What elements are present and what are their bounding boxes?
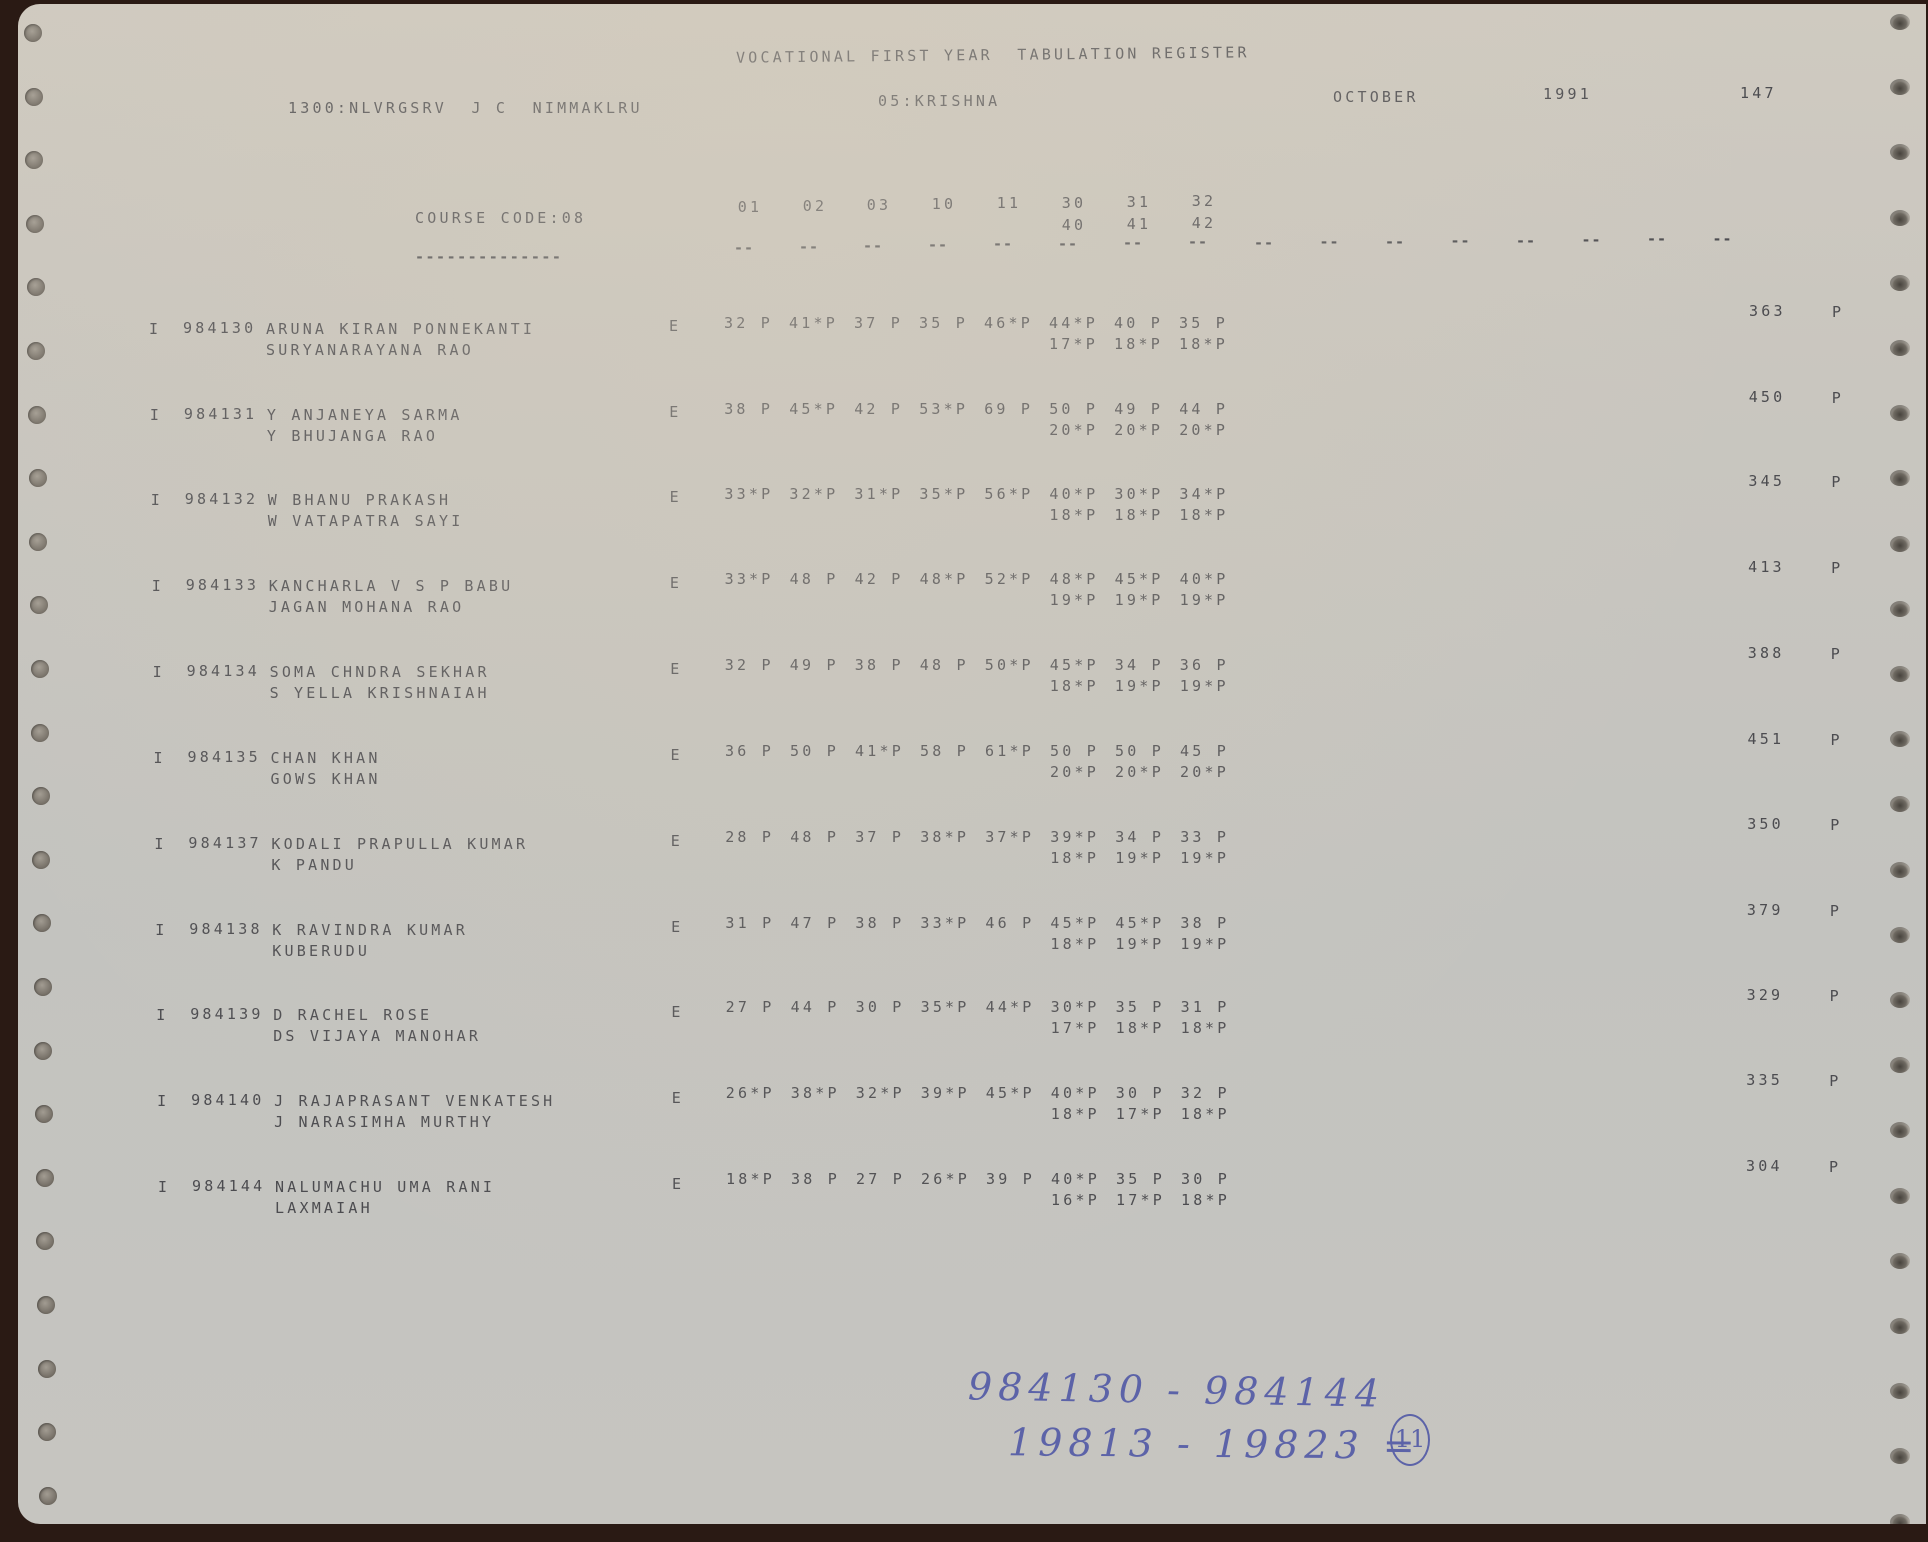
- subject-code-practical: 41: [1119, 215, 1159, 233]
- subject-mark: 46 P: [985, 914, 1034, 932]
- handwritten-hall-ticket-range: 984130 - 984144: [968, 1364, 1386, 1415]
- subject-mark: 30 P: [856, 998, 905, 1016]
- practical-mark: 18*P: [1181, 1105, 1230, 1123]
- practical-mark: 20*P: [1180, 763, 1229, 781]
- subject-mark: 41*P: [855, 742, 904, 760]
- feed-hole-right: [1890, 405, 1910, 421]
- father-name: K PANDU: [271, 856, 357, 874]
- medium: E: [670, 660, 682, 678]
- feed-hole-right: [1890, 1448, 1910, 1464]
- feed-hole-left: [39, 1487, 57, 1505]
- feed-hole-right: [1890, 144, 1910, 160]
- father-name: KUBERUDU: [272, 942, 370, 960]
- feed-hole-left: [32, 787, 50, 805]
- practical-mark: 20*P: [1115, 763, 1164, 781]
- feed-hole-right: [1890, 1514, 1910, 1524]
- practical-mark: 18*P: [1051, 1105, 1100, 1123]
- result-status: P: [1830, 987, 1842, 1005]
- medium: E: [671, 918, 683, 936]
- page-number: 147: [1740, 84, 1777, 102]
- feed-hole-left: [34, 978, 52, 996]
- subject-mark: 32*P: [789, 485, 838, 503]
- subject-mark: 47 P: [790, 914, 839, 932]
- feed-hole-left: [29, 533, 47, 551]
- result-status: P: [1831, 559, 1843, 577]
- practical-mark: 19*P: [1180, 591, 1229, 609]
- subject-mark: 30 P: [1116, 1084, 1165, 1102]
- subject-mark: 33*P: [725, 570, 774, 588]
- practical-mark: 18*P: [1116, 1019, 1165, 1037]
- practical-mark: 17*P: [1116, 1105, 1165, 1123]
- feed-hole-right: [1890, 796, 1910, 812]
- practical-mark: 20*P: [1114, 421, 1163, 439]
- printout-sheet: VOCATIONAL FIRST YEAR TABULATION REGISTE…: [18, 4, 1926, 1524]
- practical-mark: 20*P: [1050, 763, 1099, 781]
- hall-ticket-number: 984130: [183, 319, 256, 337]
- practical-mark: 19*P: [1180, 849, 1229, 867]
- exam-month: OCTOBER: [1333, 88, 1419, 106]
- exam-year: 1991: [1543, 85, 1592, 103]
- column-separator: --: [1188, 233, 1208, 251]
- subject-mark: 48 P: [920, 656, 969, 674]
- hall-ticket-number: 984131: [184, 405, 257, 423]
- column-separator-empty: --: [1582, 231, 1602, 249]
- practical-mark: 17*P: [1051, 1019, 1100, 1037]
- subject-mark: 69 P: [984, 400, 1033, 418]
- subject-mark: 37 P: [854, 314, 903, 332]
- feed-hole-left: [32, 851, 50, 869]
- feed-hole-left: [36, 1169, 54, 1187]
- subject-mark: 33 P: [1180, 828, 1229, 846]
- subject-mark: 27 P: [726, 998, 775, 1016]
- subject-mark: 35 P: [1179, 314, 1228, 332]
- row-marker: I: [152, 577, 164, 595]
- candidate-name: Y ANJANEYA SARMA: [267, 406, 463, 424]
- subject-mark: 58 P: [920, 742, 969, 760]
- practical-mark: 19*P: [1180, 677, 1229, 695]
- subject-mark: 37*P: [985, 828, 1034, 846]
- result-status: P: [1831, 645, 1843, 663]
- subject-mark: 34 P: [1115, 656, 1164, 674]
- column-separator-empty: --: [1516, 232, 1536, 250]
- subject-mark: 26*P: [921, 1170, 970, 1188]
- medium: E: [671, 832, 683, 850]
- subject-mark: 32 P: [1181, 1084, 1230, 1102]
- subject-mark: 44 P: [1179, 400, 1228, 418]
- column-separator: --: [928, 236, 948, 254]
- feed-hole-left: [26, 215, 44, 233]
- feed-hole-right: [1890, 927, 1910, 943]
- subject-mark: 30*P: [1051, 998, 1100, 1016]
- feed-hole-left: [35, 1105, 53, 1123]
- column-separator-empty: --: [1320, 233, 1340, 251]
- feed-hole-right: [1890, 536, 1910, 552]
- subject-mark: 48 P: [790, 570, 839, 588]
- subject-mark: 33*P: [920, 914, 969, 932]
- feed-hole-right: [1890, 666, 1910, 682]
- subject-mark: 35 P: [919, 314, 968, 332]
- column-separator: --: [863, 237, 883, 255]
- feed-hole-left: [27, 342, 45, 360]
- feed-hole-left: [34, 1042, 52, 1060]
- feed-hole-right: [1890, 601, 1910, 617]
- feed-hole-right: [1890, 470, 1910, 486]
- feed-hole-left: [31, 660, 49, 678]
- column-separator-empty: --: [1451, 232, 1471, 250]
- grand-total: 450: [1749, 388, 1786, 406]
- subject-mark: 52*P: [985, 570, 1034, 588]
- subject-mark: 31 P: [1181, 998, 1230, 1016]
- subject-mark: 35*P: [921, 998, 970, 1016]
- row-marker: I: [151, 491, 163, 509]
- subject-mark: 45*P: [1115, 570, 1164, 588]
- candidate-name: SOMA CHNDRA SEKHAR: [270, 663, 490, 681]
- row-marker: I: [150, 406, 162, 424]
- feed-hole-right: [1890, 340, 1910, 356]
- subject-mark: 36 P: [1180, 656, 1229, 674]
- grand-total: 350: [1747, 815, 1784, 833]
- feed-hole-left: [38, 1360, 56, 1378]
- subject-mark: 36 P: [725, 742, 774, 760]
- father-name: GOWS KHAN: [271, 770, 381, 788]
- subject-mark: 45*P: [1050, 914, 1099, 932]
- subject-mark: 38 P: [855, 914, 904, 932]
- row-marker: I: [156, 1006, 168, 1024]
- feed-hole-right: [1890, 862, 1910, 878]
- practical-mark: 20*P: [1179, 421, 1228, 439]
- practical-mark: 19*P: [1115, 849, 1164, 867]
- practical-mark: 19*P: [1180, 935, 1229, 953]
- practical-mark: 18*P: [1179, 506, 1228, 524]
- candidate-name: CHAN KHAN: [271, 749, 381, 767]
- feed-hole-right: [1890, 731, 1910, 747]
- subject-mark: 35 P: [1116, 998, 1165, 1016]
- grand-total: 413: [1748, 558, 1785, 576]
- practical-mark: 18*P: [1050, 935, 1099, 953]
- feed-hole-right: [1890, 1318, 1910, 1334]
- subject-mark: 33*P: [724, 485, 773, 503]
- subject-mark: 27 P: [856, 1170, 905, 1188]
- subject-mark: 40*P: [1051, 1084, 1100, 1102]
- subject-mark: 50 P: [790, 742, 839, 760]
- feed-hole-left: [27, 278, 45, 296]
- course-code-underline: --------------: [415, 248, 562, 266]
- father-name: S YELLA KRISHNAIAH: [270, 684, 490, 702]
- college-code-name: 1300:NLVRGSRV J C NIMMAKLRU: [288, 99, 643, 117]
- hall-ticket-number: 984144: [192, 1177, 265, 1195]
- course-code-label: COURSE CODE:08: [415, 209, 586, 227]
- subject-mark: 38 P: [1180, 914, 1229, 932]
- row-marker: I: [153, 663, 165, 681]
- candidate-name: K RAVINDRA KUMAR: [272, 921, 468, 939]
- feed-hole-left: [38, 1423, 56, 1441]
- row-marker: I: [149, 320, 161, 338]
- subject-mark: 35 P: [1116, 1170, 1165, 1188]
- feed-hole-right: [1890, 1188, 1910, 1204]
- column-separator-empty: --: [1713, 230, 1733, 248]
- result-status: P: [1829, 1072, 1841, 1090]
- subject-mark: 39 P: [986, 1170, 1035, 1188]
- subject-mark: 31*P: [854, 485, 903, 503]
- practical-mark: 17*P: [1116, 1191, 1165, 1209]
- subject-mark: 28 P: [725, 828, 774, 846]
- subject-code: 03: [859, 196, 899, 214]
- feed-hole-right: [1890, 79, 1910, 95]
- feed-hole-right: [1890, 14, 1910, 30]
- subject-mark: 50*P: [985, 656, 1034, 674]
- feed-hole-right: [1890, 1122, 1910, 1138]
- result-status: P: [1831, 473, 1843, 491]
- result-status: P: [1829, 1158, 1841, 1176]
- grand-total: 329: [1747, 986, 1784, 1004]
- feed-hole-left: [24, 24, 42, 42]
- subject-mark: 40*P: [1180, 570, 1229, 588]
- subject-mark: 45 P: [1180, 742, 1229, 760]
- grand-total: 345: [1748, 472, 1785, 490]
- subject-mark: 53*P: [919, 400, 968, 418]
- hall-ticket-number: 984140: [191, 1091, 264, 1109]
- medium: E: [669, 317, 681, 335]
- practical-mark: 18*P: [1181, 1019, 1230, 1037]
- practical-mark: 18*P: [1050, 677, 1099, 695]
- column-separator: --: [1123, 234, 1143, 252]
- column-separator: --: [1058, 235, 1078, 253]
- subject-mark: 38 P: [855, 656, 904, 674]
- subject-mark: 37 P: [855, 828, 904, 846]
- feed-hole-left: [31, 724, 49, 742]
- hall-ticket-number: 984134: [187, 662, 260, 680]
- practical-mark: 19*P: [1115, 935, 1164, 953]
- feed-hole-right: [1890, 1253, 1910, 1269]
- feed-hole-left: [28, 406, 46, 424]
- subject-mark: 31 P: [725, 914, 774, 932]
- register-title: VOCATIONAL FIRST YEAR TABULATION REGISTE…: [736, 43, 1250, 66]
- hall-ticket-number: 984132: [185, 490, 258, 508]
- handwritten-serial-range: 19813 - 19823 =: [1008, 1420, 1421, 1468]
- subject-mark: 40*P: [1049, 485, 1098, 503]
- grand-total: 451: [1748, 730, 1785, 748]
- father-name: J NARASIMHA MURTHY: [274, 1113, 494, 1131]
- practical-mark: 18*P: [1114, 335, 1163, 353]
- subject-mark: 48 P: [790, 828, 839, 846]
- subject-mark: 41*P: [789, 314, 838, 332]
- practical-mark: 18*P: [1114, 506, 1163, 524]
- row-marker: I: [154, 835, 166, 853]
- result-status: P: [1832, 389, 1844, 407]
- father-name: Y BHUJANGA RAO: [267, 427, 438, 445]
- feed-hole-left: [30, 596, 48, 614]
- candidate-name: ARUNA KIRAN PONNEKANTI: [266, 320, 535, 338]
- subject-mark: 45*P: [986, 1084, 1035, 1102]
- subject-mark: 46*P: [984, 314, 1033, 332]
- subject-mark: 48*P: [1050, 570, 1099, 588]
- feed-hole-left: [25, 88, 43, 106]
- subject-mark: 32 P: [725, 656, 774, 674]
- practical-mark: 18*P: [1049, 506, 1098, 524]
- subject-mark: 26*P: [726, 1084, 775, 1102]
- subject-mark: 50 P: [1115, 742, 1164, 760]
- grand-total: 304: [1746, 1157, 1783, 1175]
- grand-total: 379: [1747, 901, 1784, 919]
- district: 05:KRISHNA: [878, 92, 1000, 110]
- feed-hole-left: [29, 469, 47, 487]
- hall-ticket-number: 984139: [190, 1005, 263, 1023]
- candidate-name: D RACHEL ROSE: [273, 1006, 432, 1024]
- subject-mark: 42 P: [855, 570, 904, 588]
- subject-mark: 38*P: [920, 828, 969, 846]
- grand-total: 363: [1749, 302, 1786, 320]
- row-marker: I: [157, 1092, 169, 1110]
- subject-mark: 32*P: [856, 1084, 905, 1102]
- subject-code: 10: [924, 195, 964, 213]
- subject-mark: 34*P: [1179, 485, 1228, 503]
- practical-mark: 18*P: [1050, 849, 1099, 867]
- hall-ticket-number: 984133: [186, 576, 259, 594]
- subject-mark: 42 P: [854, 400, 903, 418]
- medium: E: [671, 1003, 683, 1021]
- subject-mark: 49 P: [1114, 400, 1163, 418]
- feed-hole-right: [1890, 992, 1910, 1008]
- subject-code: 11: [989, 194, 1029, 212]
- candidate-name: NALUMACHU UMA RANI: [275, 1178, 495, 1196]
- subject-code-practical: 40: [1054, 216, 1094, 234]
- subject-mark: 45*P: [1050, 656, 1099, 674]
- subject-mark: 44*P: [986, 998, 1035, 1016]
- column-separator: --: [734, 239, 754, 257]
- subject-mark: 61*P: [985, 742, 1034, 760]
- subject-mark: 45*P: [789, 400, 838, 418]
- feed-hole-right: [1890, 1383, 1910, 1399]
- candidate-name: KODALI PRAPULLA KUMAR: [271, 835, 528, 853]
- subject-code: 30: [1054, 194, 1094, 212]
- grand-total: 335: [1746, 1071, 1783, 1089]
- subject-mark: 38 P: [791, 1170, 840, 1188]
- result-status: P: [1830, 816, 1842, 834]
- candidate-name: J RAJAPRASANT VENKATESH: [274, 1092, 555, 1110]
- subject-mark: 49 P: [790, 656, 839, 674]
- result-status: P: [1830, 902, 1842, 920]
- subject-mark: 50 P: [1049, 400, 1098, 418]
- candidate-name: W BHANU PRAKASH: [268, 491, 451, 509]
- practical-mark: 18*P: [1181, 1191, 1230, 1209]
- subject-code-practical: 42: [1184, 214, 1224, 232]
- subject-mark: 44 P: [791, 998, 840, 1016]
- candidate-name: KANCHARLA V S P BABU: [269, 577, 514, 595]
- subject-mark: 39*P: [1050, 828, 1099, 846]
- subject-mark: 38 P: [724, 400, 773, 418]
- practical-mark: 19*P: [1115, 591, 1164, 609]
- result-status: P: [1832, 303, 1844, 321]
- subject-mark: 35*P: [919, 485, 968, 503]
- row-marker: I: [154, 749, 166, 767]
- subject-mark: 40*P: [1051, 1170, 1100, 1188]
- father-name: JAGAN MOHANA RAO: [269, 598, 465, 616]
- subject-mark: 32 P: [724, 314, 773, 332]
- row-marker: I: [155, 921, 167, 939]
- feed-hole-right: [1890, 275, 1910, 291]
- handwritten-circled-count: 11: [1390, 1414, 1430, 1466]
- practical-mark: 19*P: [1115, 677, 1164, 695]
- practical-mark: 18*P: [1179, 335, 1228, 353]
- father-name: W VATAPATRA SAYI: [268, 512, 464, 530]
- medium: E: [672, 1175, 684, 1193]
- feed-hole-left: [36, 1232, 54, 1250]
- subject-mark: 38*P: [791, 1084, 840, 1102]
- medium: E: [669, 403, 681, 421]
- feed-hole-right: [1890, 1057, 1910, 1073]
- hall-ticket-number: 984138: [189, 920, 262, 938]
- feed-hole-left: [37, 1296, 55, 1314]
- column-separator: --: [993, 235, 1013, 253]
- practical-mark: 20*P: [1049, 421, 1098, 439]
- subject-mark: 50 P: [1050, 742, 1099, 760]
- subject-mark: 30 P: [1181, 1170, 1230, 1188]
- column-separator: --: [799, 238, 819, 256]
- column-separator-empty: --: [1385, 233, 1405, 251]
- practical-mark: 17*P: [1049, 335, 1098, 353]
- practical-mark: 19*P: [1050, 591, 1099, 609]
- subject-mark: 56*P: [984, 485, 1033, 503]
- subject-mark: 30*P: [1114, 485, 1163, 503]
- subject-mark: 44*P: [1049, 314, 1098, 332]
- feed-hole-left: [25, 151, 43, 169]
- subject-code: 01: [730, 198, 770, 216]
- father-name: SURYANARAYANA RAO: [266, 341, 474, 359]
- subject-code: 31: [1119, 193, 1159, 211]
- subject-code: 32: [1184, 192, 1224, 210]
- row-marker: I: [158, 1178, 170, 1196]
- result-status: P: [1831, 731, 1843, 749]
- grand-total: 388: [1748, 644, 1785, 662]
- father-name: LAXMAIAH: [275, 1199, 373, 1217]
- medium: E: [670, 574, 682, 592]
- medium: E: [670, 488, 682, 506]
- subject-mark: 39*P: [921, 1084, 970, 1102]
- subject-mark: 34 P: [1115, 828, 1164, 846]
- column-separator-empty: --: [1254, 234, 1274, 252]
- subject-code: 02: [795, 197, 835, 215]
- subject-mark: 48*P: [920, 570, 969, 588]
- practical-mark: 16*P: [1051, 1191, 1100, 1209]
- subject-mark: 45*P: [1115, 914, 1164, 932]
- feed-hole-right: [1890, 210, 1910, 226]
- father-name: DS VIJAYA MANOHAR: [273, 1027, 481, 1045]
- hall-ticket-number: 984135: [188, 748, 261, 766]
- subject-mark: 18*P: [726, 1170, 775, 1188]
- column-separator-empty: --: [1647, 230, 1667, 248]
- medium: E: [672, 1089, 684, 1107]
- hall-ticket-number: 984137: [188, 834, 261, 852]
- subject-mark: 40 P: [1114, 314, 1163, 332]
- medium: E: [671, 746, 683, 764]
- feed-hole-left: [33, 914, 51, 932]
